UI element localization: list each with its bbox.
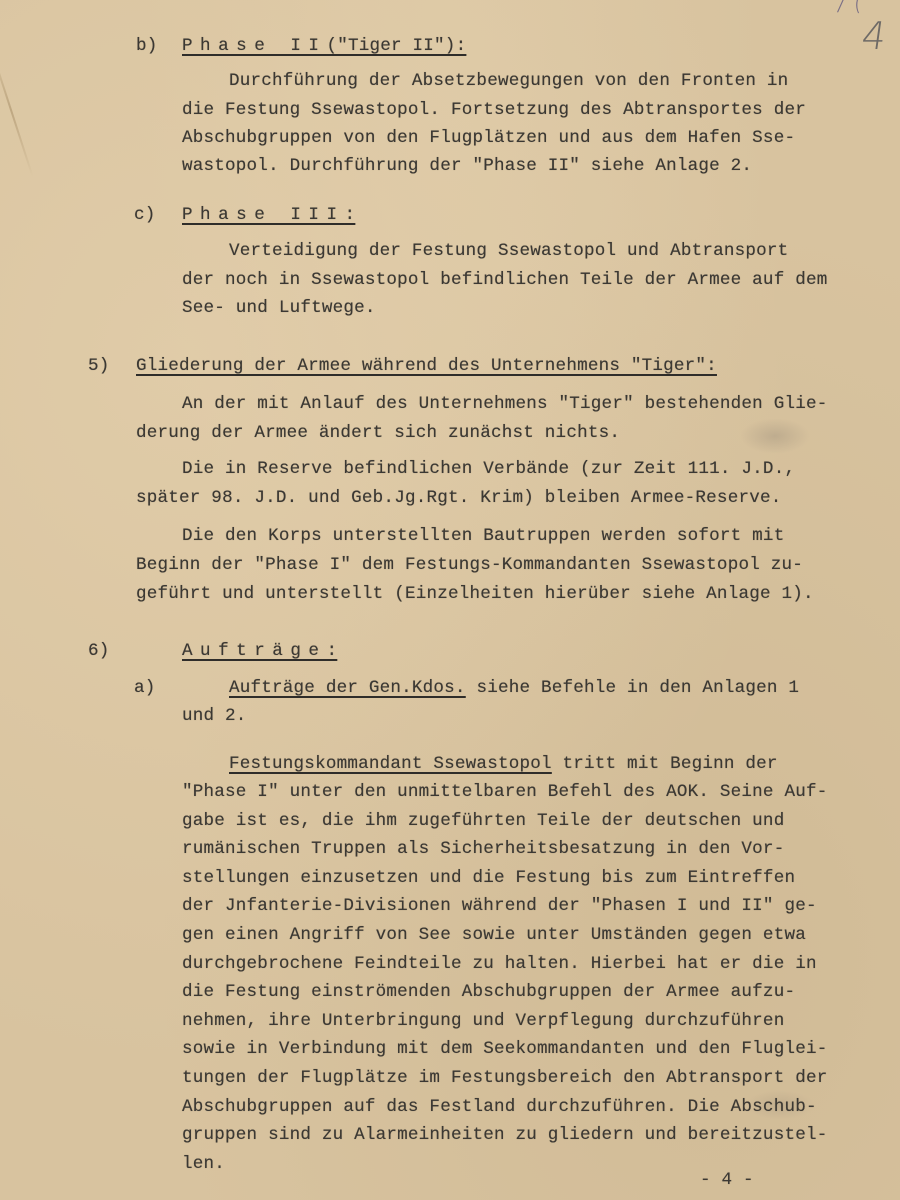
section-b-heading-spaced: Phase II [182, 36, 326, 56]
text-line: durchgebrochene Feindteile zu halten. Hi… [182, 954, 817, 974]
text-line: See- und Luftwege. [182, 298, 376, 318]
section-c-heading-rest: : [345, 205, 356, 225]
section-6a-label: a) [134, 678, 156, 698]
section-b-heading: Phase II("Tiger II"): [182, 36, 466, 56]
text-line: gen einen Angriff von See sowie unter Um… [182, 925, 806, 945]
section-6-heading-rest: : [326, 641, 337, 661]
text-line: derung der Armee ändert sich zunächst ni… [136, 423, 620, 443]
text-line: stellungen einzusetzen und die Festung b… [182, 868, 795, 888]
text-line: Beginn der "Phase I" dem Festungs-Komman… [136, 555, 803, 575]
text-line: len. [182, 1154, 225, 1174]
text-line: der noch in Ssewastopol befindlichen Tei… [182, 270, 827, 290]
festung-heading: Festungskommandant Ssewastopol [229, 754, 552, 774]
text-line: nehmen, ihre Unterbringung und Verpflegu… [182, 1011, 784, 1031]
festung-text: tritt mit Beginn der [552, 754, 778, 774]
text-line: die Festung Ssewastopol. Fortsetzung des… [182, 100, 806, 120]
text-line: gruppen sind zu Alarmeinheiten zu gliede… [182, 1125, 827, 1145]
text-line: An der mit Anlauf des Unternehmens "Tige… [182, 394, 827, 414]
text-line: und 2. [182, 706, 247, 726]
text-line: später 98. J.D. und Geb.Jg.Rgt. Krim) bl… [136, 488, 781, 508]
handwritten-corner-mark: / ( [836, 0, 865, 16]
section-b-heading-rest: ("Tiger II"): [326, 36, 466, 56]
handwritten-page-number: 4 [859, 14, 889, 58]
section-c-heading: Phase III: [182, 205, 355, 225]
section-c-label: c) [134, 205, 156, 225]
section-c-heading-spaced: Phase III [182, 205, 345, 225]
text-line: sowie in Verbindung mit dem Seekommandan… [182, 1039, 827, 1059]
section-b-label: b) [136, 36, 158, 56]
text-line: Die in Reserve befindlichen Verbände (zu… [182, 459, 795, 479]
section-6a-heading: Aufträge der Gen.Kdos. [229, 678, 466, 698]
text-line: "Phase I" unter den unmittelbaren Befehl… [182, 782, 827, 802]
text-line: tungen der Flugplätze im Festungsbereich… [182, 1068, 827, 1088]
text-line: die Festung einströmenden Abschubgruppen… [182, 982, 795, 1002]
text-line: geführt und unterstellt (Einzelheiten hi… [136, 584, 814, 604]
text-line: Die den Korps unterstellten Bautruppen w… [182, 526, 784, 546]
section-5-heading: Gliederung der Armee während des Unterne… [136, 356, 717, 376]
text-line: Durchführung der Absetzbewegungen von de… [229, 71, 788, 91]
section-5-label: 5) [88, 356, 110, 376]
text-line: Verteidigung der Festung Ssewastopol und… [229, 241, 788, 261]
text-line: Abschubgruppen von den Flugplätzen und a… [182, 128, 795, 148]
text-line: Abschubgruppen auf das Festland durchzuf… [182, 1097, 817, 1117]
festung-first-line: Festungskommandant Ssewastopol tritt mit… [229, 754, 778, 774]
document-page: / ( 4 b) Phase II("Tiger II"): Durchführ… [0, 0, 900, 1200]
section-6-heading-spaced: Aufträge [182, 641, 326, 661]
text-line: rumänischen Truppen als Sicherheitsbesat… [182, 839, 784, 859]
paper-fold [0, 43, 34, 177]
section-6a-line: Aufträge der Gen.Kdos. siehe Befehle in … [229, 678, 799, 698]
section-6a-text: siehe Befehle in den Anlagen 1 [466, 678, 800, 698]
text-line: wastopol. Durchführung der "Phase II" si… [182, 156, 752, 176]
section-6-label: 6) [88, 641, 110, 661]
text-line: der Jnfanterie-Divisionen während der "P… [182, 896, 817, 916]
text-line: gabe ist es, die ihm zugeführten Teile d… [182, 811, 784, 831]
ink-smudge [740, 418, 810, 454]
page-number-footer: - 4 - [700, 1170, 754, 1190]
section-6-heading: Aufträge: [182, 641, 337, 661]
